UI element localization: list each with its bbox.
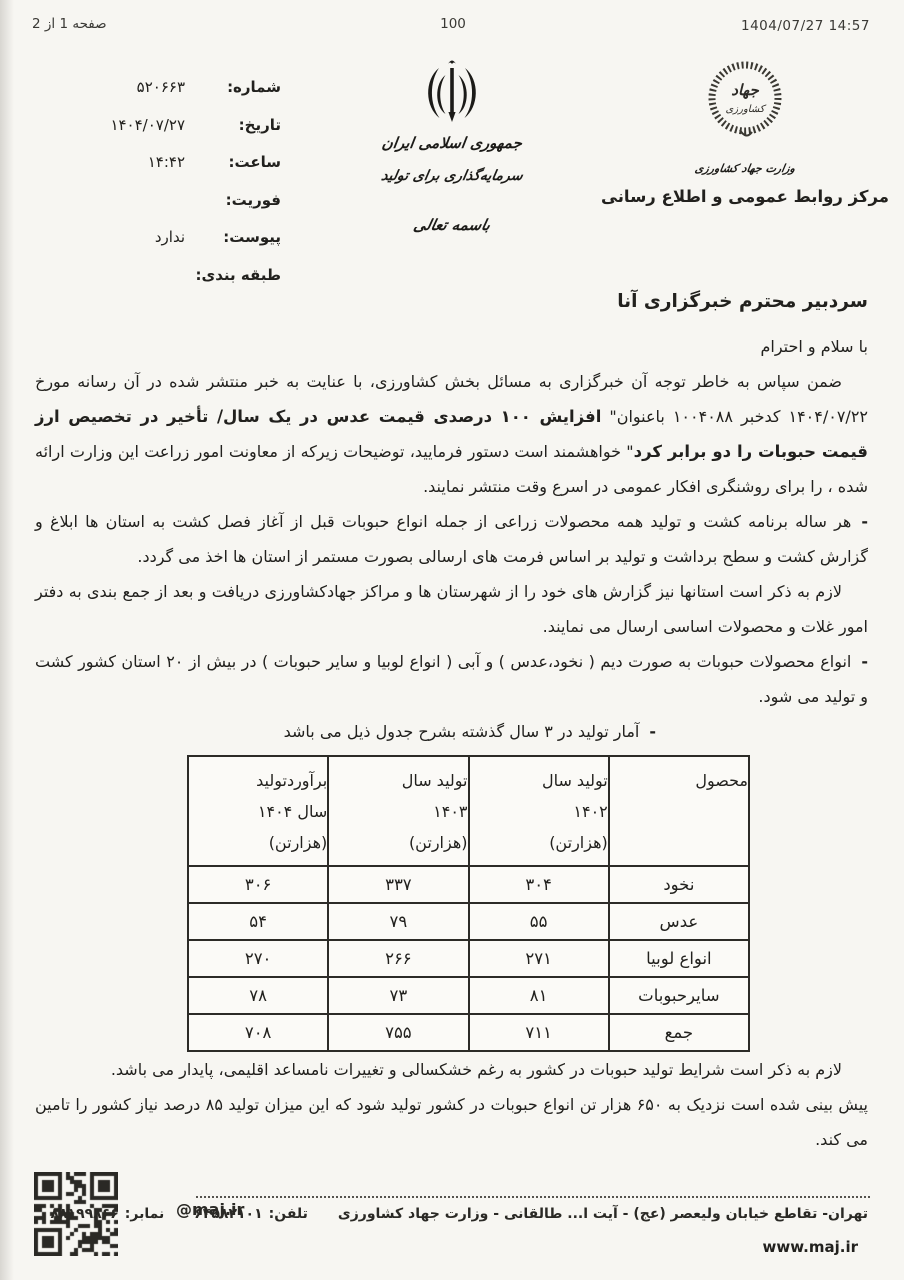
cell-1402: ۲۷۱ <box>469 940 609 977</box>
ministry-calligraphy: وزارت جهاد کشاورزی <box>599 162 891 175</box>
year-slogan-calligraphy: سرمایه‌گذاری برای تولید <box>329 168 576 184</box>
closing-paragraph-1: لازم به ذکر است شرایط تولید حبوبات در کش… <box>35 1052 868 1087</box>
header-1404: برآوردتولید سال ۱۴۰۴ (هزارتن) <box>188 756 328 866</box>
urgency-label: فوریت: <box>195 191 281 209</box>
time-value: ۱۴:۴۲ <box>148 153 185 171</box>
meta-row-urgency: فوریت: <box>36 191 281 229</box>
closing-paragraph-2: پیش بینی شده است نزدیک به ۶۵۰ هزار تن ان… <box>35 1087 868 1157</box>
bullet-crop-types: -انواع محصولات حبوبات به صورت دیم ( نخود… <box>35 644 868 714</box>
cell-1402: ۵۵ <box>469 903 609 940</box>
footer-phone: تلفن: ۶۴۵۸۲۱۰۱ <box>194 1206 308 1222</box>
cell-1403: ۲۶۶ <box>328 940 468 977</box>
phone-value: ۶۴۵۸۲۱۰۱ <box>194 1206 262 1222</box>
scanned-letter-page: صفحه 1 از 2 100 1404/07/27 14:57 شماره: … <box>0 0 904 1280</box>
cell-1402: ۳۰۴ <box>469 866 609 903</box>
fax-value: ۸۸۱۹۹۸۶۶ <box>50 1206 118 1222</box>
table-row: سایرحبوبات ۸۱ ۷۳ ۷۸ <box>188 977 749 1014</box>
cell-product: سایرحبوبات <box>609 977 749 1014</box>
meta-row-date: تاریخ: ۱۴۰۴/۰۷/۲۷ <box>36 116 281 154</box>
cell-1404: ۷۰۸ <box>188 1014 328 1051</box>
header-1403-line3: (هزارتن) <box>329 827 467 858</box>
footer-separator <box>196 1196 870 1198</box>
cell-1404: ۳۰۶ <box>188 866 328 903</box>
cell-1404: ۷۸ <box>188 977 328 1014</box>
table-row: نخود ۳۰۴ ۳۳۷ ۳۰۶ <box>188 866 749 903</box>
letter-body: سردبیر محترم خبرگزاری آنا با سلام و احتر… <box>35 284 868 1157</box>
svg-text:کشاورزی: کشاورزی <box>725 104 766 115</box>
cell-1403: ۷۹ <box>328 903 468 940</box>
meta-row-time: ساعت: ۱۴:۴۲ <box>36 153 281 191</box>
bullet-planting-program: -هر ساله برنامه کشت و تولید همه محصولات … <box>35 504 868 574</box>
table-row-total: جمع ۷۱۱ ۷۵۵ ۷۰۸ <box>188 1014 749 1051</box>
bullet-dash: - <box>861 644 868 679</box>
svg-text:جهاد: جهاد <box>731 81 759 99</box>
header-1402-line1: تولید سال <box>470 765 608 796</box>
attachment-value: ندارد <box>155 228 185 246</box>
cell-product: انواع لوبیا <box>609 940 749 977</box>
cell-product: جمع <box>609 1014 749 1051</box>
cell-1403: ۷۳ <box>328 977 468 1014</box>
time-label: ساعت: <box>195 153 281 171</box>
cell-product: عدس <box>609 903 749 940</box>
table-row: انواع لوبیا ۲۷۱ ۲۶۶ ۲۷۰ <box>188 940 749 977</box>
print-header: صفحه 1 از 2 100 1404/07/27 14:57 <box>32 16 874 38</box>
cell-1404: ۲۷۰ <box>188 940 328 977</box>
date-label: تاریخ: <box>195 116 281 134</box>
letterhead-right: جهاد کشاورزی وزارت جهاد کشاورزی مرکز روا… <box>600 58 890 206</box>
bullet-dash: - <box>861 504 868 539</box>
meta-row-number: شماره: ۵۲۰۶۶۳ <box>36 78 281 116</box>
bullet-planting-program-text: هر ساله برنامه کشت و تولید همه محصولات ز… <box>35 512 868 566</box>
page-number-indicator: صفحه 1 از 2 <box>32 16 107 32</box>
greeting: با سلام و احترام <box>35 329 868 364</box>
header-1404-line3: (هزارتن) <box>189 827 327 858</box>
paragraph-intro: ضمن سپاس به خاطر توجه آن خبرگزاری به مسا… <box>35 364 868 504</box>
document-code: 100 <box>440 16 466 32</box>
salutation: سردبیر محترم خبرگزاری آنا <box>35 284 868 319</box>
bullet-crop-types-text: انواع محصولات حبوبات به صورت دیم ( نخود،… <box>35 652 868 706</box>
jihad-agriculture-logo-icon: جهاد کشاورزی <box>690 58 800 154</box>
header-1402-line3: (هزارتن) <box>470 827 608 858</box>
classification-label: طبقه بندی: <box>195 266 281 284</box>
fax-label: نمابر: <box>125 1206 164 1222</box>
header-1403-line2: ۱۴۰۳ <box>329 796 467 827</box>
production-table-head: محصول تولید سال ۱۴۰۲ (هزارتن) تولید سال … <box>188 756 749 866</box>
table-intro-text: آمار تولید در ۳ سال گذشته بشرح جدول ذیل … <box>284 722 640 741</box>
cell-1404: ۵۴ <box>188 903 328 940</box>
attachment-label: پیوست: <box>195 228 281 246</box>
footer-fax: نمابر: ۸۸۱۹۹۸۶۶ <box>50 1206 164 1222</box>
number-value: ۵۲۰۶۶۳ <box>137 78 185 96</box>
footer-contact-line: تهران- تقاطع خیابان ولیعصر (عج) - آیت ا.… <box>205 1206 868 1222</box>
paragraph-province-reports: لازم به ذکر است استانها نیز گزارش های خو… <box>35 574 868 644</box>
cell-product: نخود <box>609 866 749 903</box>
header-1403-line1: تولید سال <box>329 765 467 796</box>
cell-1403: ۷۵۵ <box>328 1014 468 1051</box>
header-1402-line2: ۱۴۰۲ <box>470 796 608 827</box>
bullet-dash: - <box>649 714 656 749</box>
footer-website: www.maj.ir <box>763 1238 858 1256</box>
header-1403: تولید سال ۱۴۰۳ (هزارتن) <box>328 756 468 866</box>
production-table: محصول تولید سال ۱۴۰۲ (هزارتن) تولید سال … <box>187 755 750 1052</box>
org-name: مرکز روابط عمومی و اطلاع رسانی <box>600 187 890 206</box>
number-label: شماره: <box>195 78 281 96</box>
footer-address: تهران- تقاطع خیابان ولیعصر (عج) - آیت ا.… <box>338 1206 868 1222</box>
date-value: ۱۴۰۴/۰۷/۲۷ <box>110 116 185 134</box>
print-datetime: 1404/07/27 14:57 <box>741 18 870 34</box>
header-product: محصول <box>609 756 749 866</box>
header-1404-line2: سال ۱۴۰۴ <box>189 796 327 827</box>
phone-label: تلفن: <box>269 1206 308 1222</box>
table-header-row: محصول تولید سال ۱۴۰۲ (هزارتن) تولید سال … <box>188 756 749 866</box>
bismillah-calligraphy: باسمه تعالی <box>328 216 576 234</box>
header-1402: تولید سال ۱۴۰۲ (هزارتن) <box>469 756 609 866</box>
letter-meta-fields: شماره: ۵۲۰۶۶۳ تاریخ: ۱۴۰۴/۰۷/۲۷ ساعت: ۱۴… <box>36 78 281 303</box>
letterhead-center: جمهوری اسلامی ایران سرمایه‌گذاری برای تو… <box>330 58 574 234</box>
iran-national-emblem-icon <box>421 58 483 130</box>
meta-row-attachment: پیوست: ندارد <box>36 228 281 266</box>
table-row: عدس ۵۵ ۷۹ ۵۴ <box>188 903 749 940</box>
cell-1402: ۸۱ <box>469 977 609 1014</box>
table-intro-line: -آمار تولید در ۳ سال گذشته بشرح جدول ذیل… <box>35 714 868 749</box>
country-calligraphy: جمهوری اسلامی ایران <box>329 134 576 152</box>
production-table-body: نخود ۳۰۴ ۳۳۷ ۳۰۶ عدس ۵۵ ۷۹ ۵۴ انواع لوبی… <box>188 866 749 1051</box>
cell-1402: ۷۱۱ <box>469 1014 609 1051</box>
cell-1403: ۳۳۷ <box>328 866 468 903</box>
header-1404-line1: برآوردتولید <box>189 765 327 796</box>
